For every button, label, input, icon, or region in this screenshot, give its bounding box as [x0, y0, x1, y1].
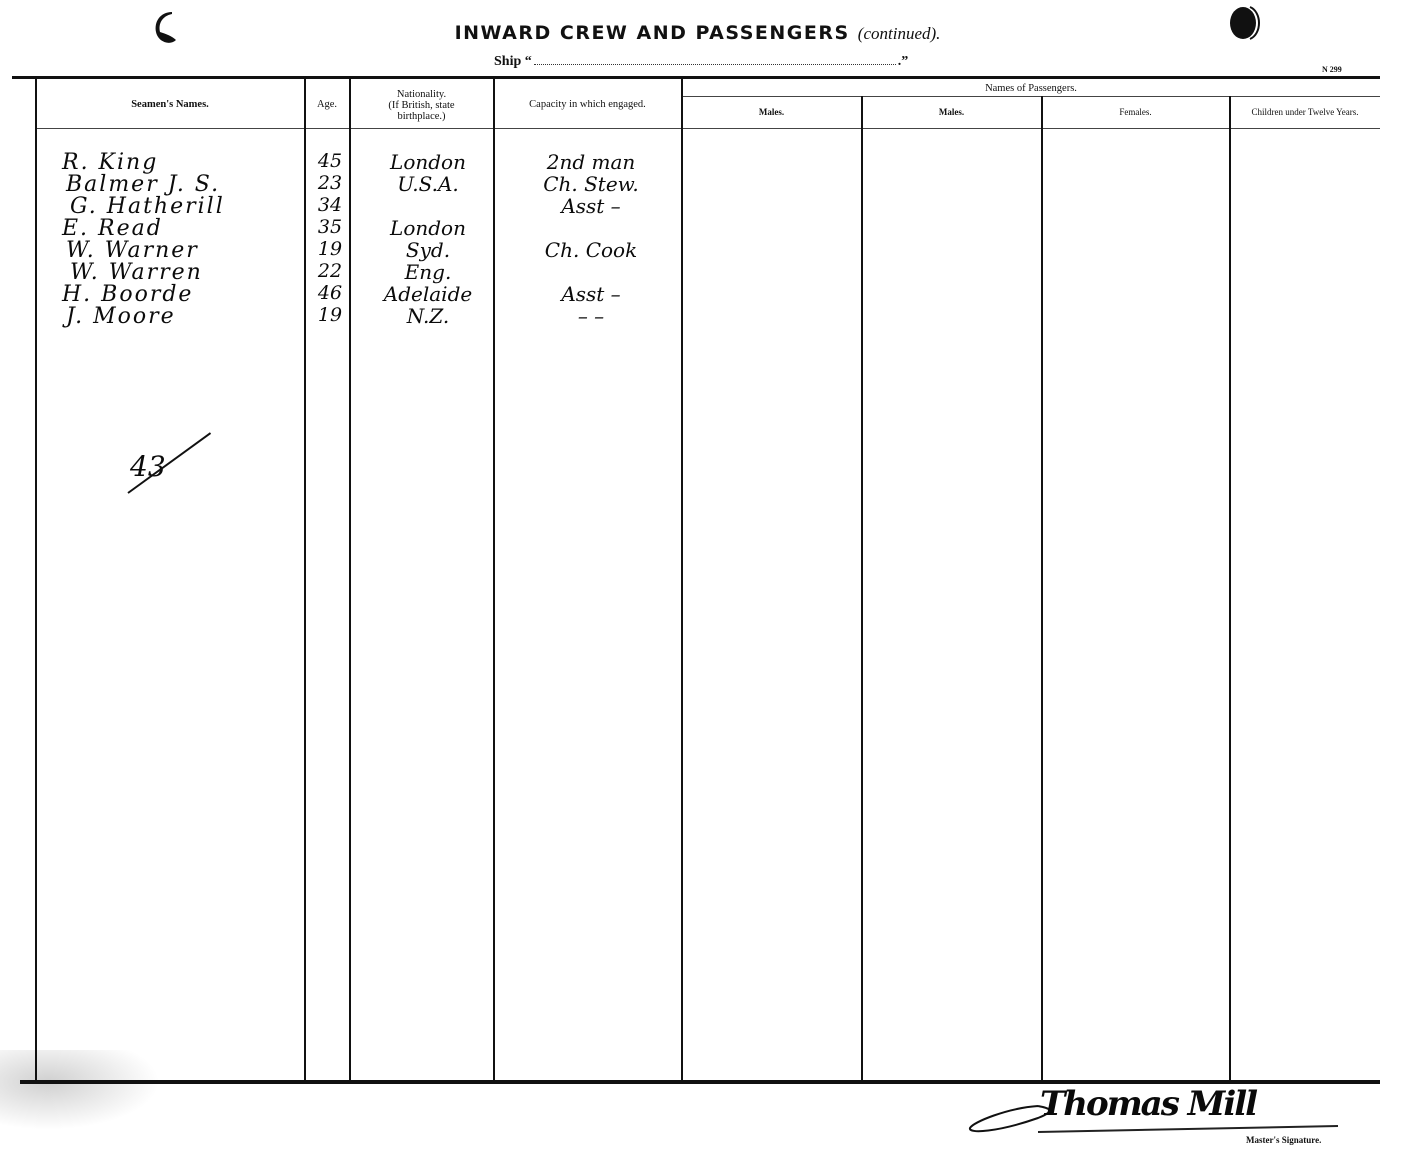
header-passengers-group: Names of Passengers.	[682, 80, 1380, 96]
top-rule	[12, 76, 1380, 79]
crew-age: 34	[312, 194, 348, 216]
crew-nationality: U.S.A.	[366, 172, 490, 196]
header-nationality: Nationality. (If British, state birthpla…	[350, 84, 493, 126]
form-number: N 299	[1322, 65, 1342, 74]
crew-nationality: Adelaide	[366, 282, 490, 306]
crew-nationality: N.Z.	[366, 304, 490, 328]
page-smudge	[0, 1050, 160, 1130]
header-children: Children under Twelve Years.	[1230, 97, 1380, 128]
header-females: Females.	[1042, 97, 1229, 128]
crew-age: 46	[312, 282, 348, 304]
master-signature-label: Master's Signature.	[1246, 1135, 1321, 1145]
ship-label: Ship “	[494, 54, 532, 69]
crew-capacity: Asst –	[506, 194, 676, 218]
crew-capacity: – –	[506, 304, 676, 328]
nationality-line: Nationality.	[397, 89, 446, 100]
header-males-2: Males.	[862, 97, 1041, 128]
column-divider	[1041, 96, 1043, 1082]
ship-field: Ship “.”	[494, 54, 908, 70]
ship-name-blank	[534, 54, 896, 65]
column-divider	[35, 79, 37, 1082]
column-divider	[304, 79, 306, 1082]
header-rule	[36, 128, 1380, 129]
crew-nationality: London	[366, 216, 490, 240]
header-males-1: Males.	[682, 97, 861, 128]
title-text: INWARD CREW AND PASSENGERS	[455, 22, 850, 44]
column-divider	[493, 79, 495, 1082]
crew-age: 23	[312, 172, 348, 194]
crew-name: J. Moore	[66, 304, 176, 329]
column-divider	[861, 96, 863, 1082]
crew-age: 19	[312, 238, 348, 260]
crew-age: 22	[312, 260, 348, 282]
crew-age: 35	[312, 216, 348, 238]
crew-nationality: Syd.	[366, 238, 490, 262]
form-title: INWARD CREW AND PASSENGERS (continued).	[0, 22, 1395, 44]
crew-capacity: Ch. Cook	[506, 238, 676, 262]
header-age: Age.	[305, 80, 349, 128]
crew-nationality: Eng.	[366, 260, 490, 284]
crew-nationality: London	[366, 150, 490, 174]
header-capacity: Capacity in which engaged.	[494, 80, 681, 128]
nationality-line: birthplace.)	[397, 111, 445, 122]
crew-capacity: Ch. Stew.	[506, 172, 676, 196]
column-divider	[681, 79, 683, 1082]
crew-capacity: Asst –	[506, 282, 676, 306]
crew-age: 45	[312, 150, 348, 172]
crew-capacity: 2nd man	[506, 150, 676, 174]
title-suffix: (continued).	[858, 24, 941, 43]
crew-age: 19	[312, 304, 348, 326]
header-seamen-names: Seamen's Names.	[36, 80, 304, 128]
nationality-line: (If British, state	[388, 100, 454, 111]
column-divider	[349, 79, 351, 1082]
ship-close-quote: .”	[898, 54, 909, 69]
column-divider	[1229, 96, 1231, 1082]
master-signature: Thomas Mill	[1040, 1084, 1256, 1124]
